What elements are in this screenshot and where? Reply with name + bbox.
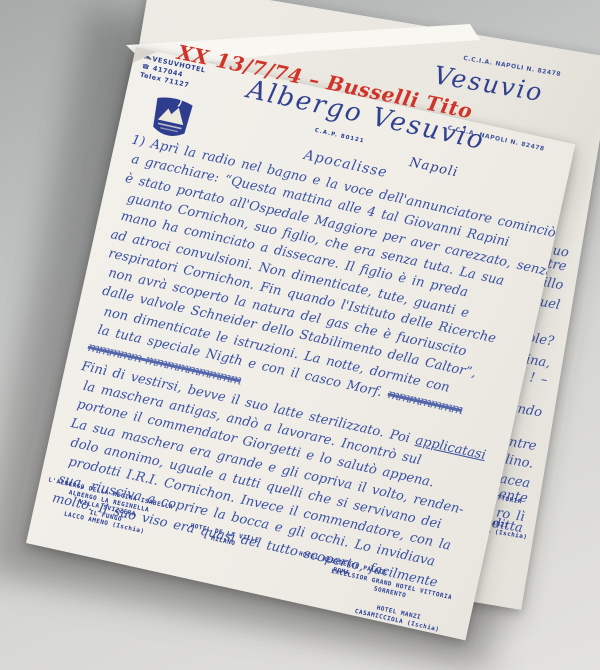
struck-out-scribble: mmmmmmm: [386, 387, 463, 418]
manuscript-text: applicatasi: [414, 433, 487, 463]
dog-ear-fold: [131, 47, 158, 69]
manuscript-body: 1) Aprì la radio nel bagno e la voce del…: [133, 132, 551, 225]
photo-of-handwritten-letters: Vesuvio C.C.I.A. NAPOLI N. 82478 uomentr…: [0, 0, 600, 670]
